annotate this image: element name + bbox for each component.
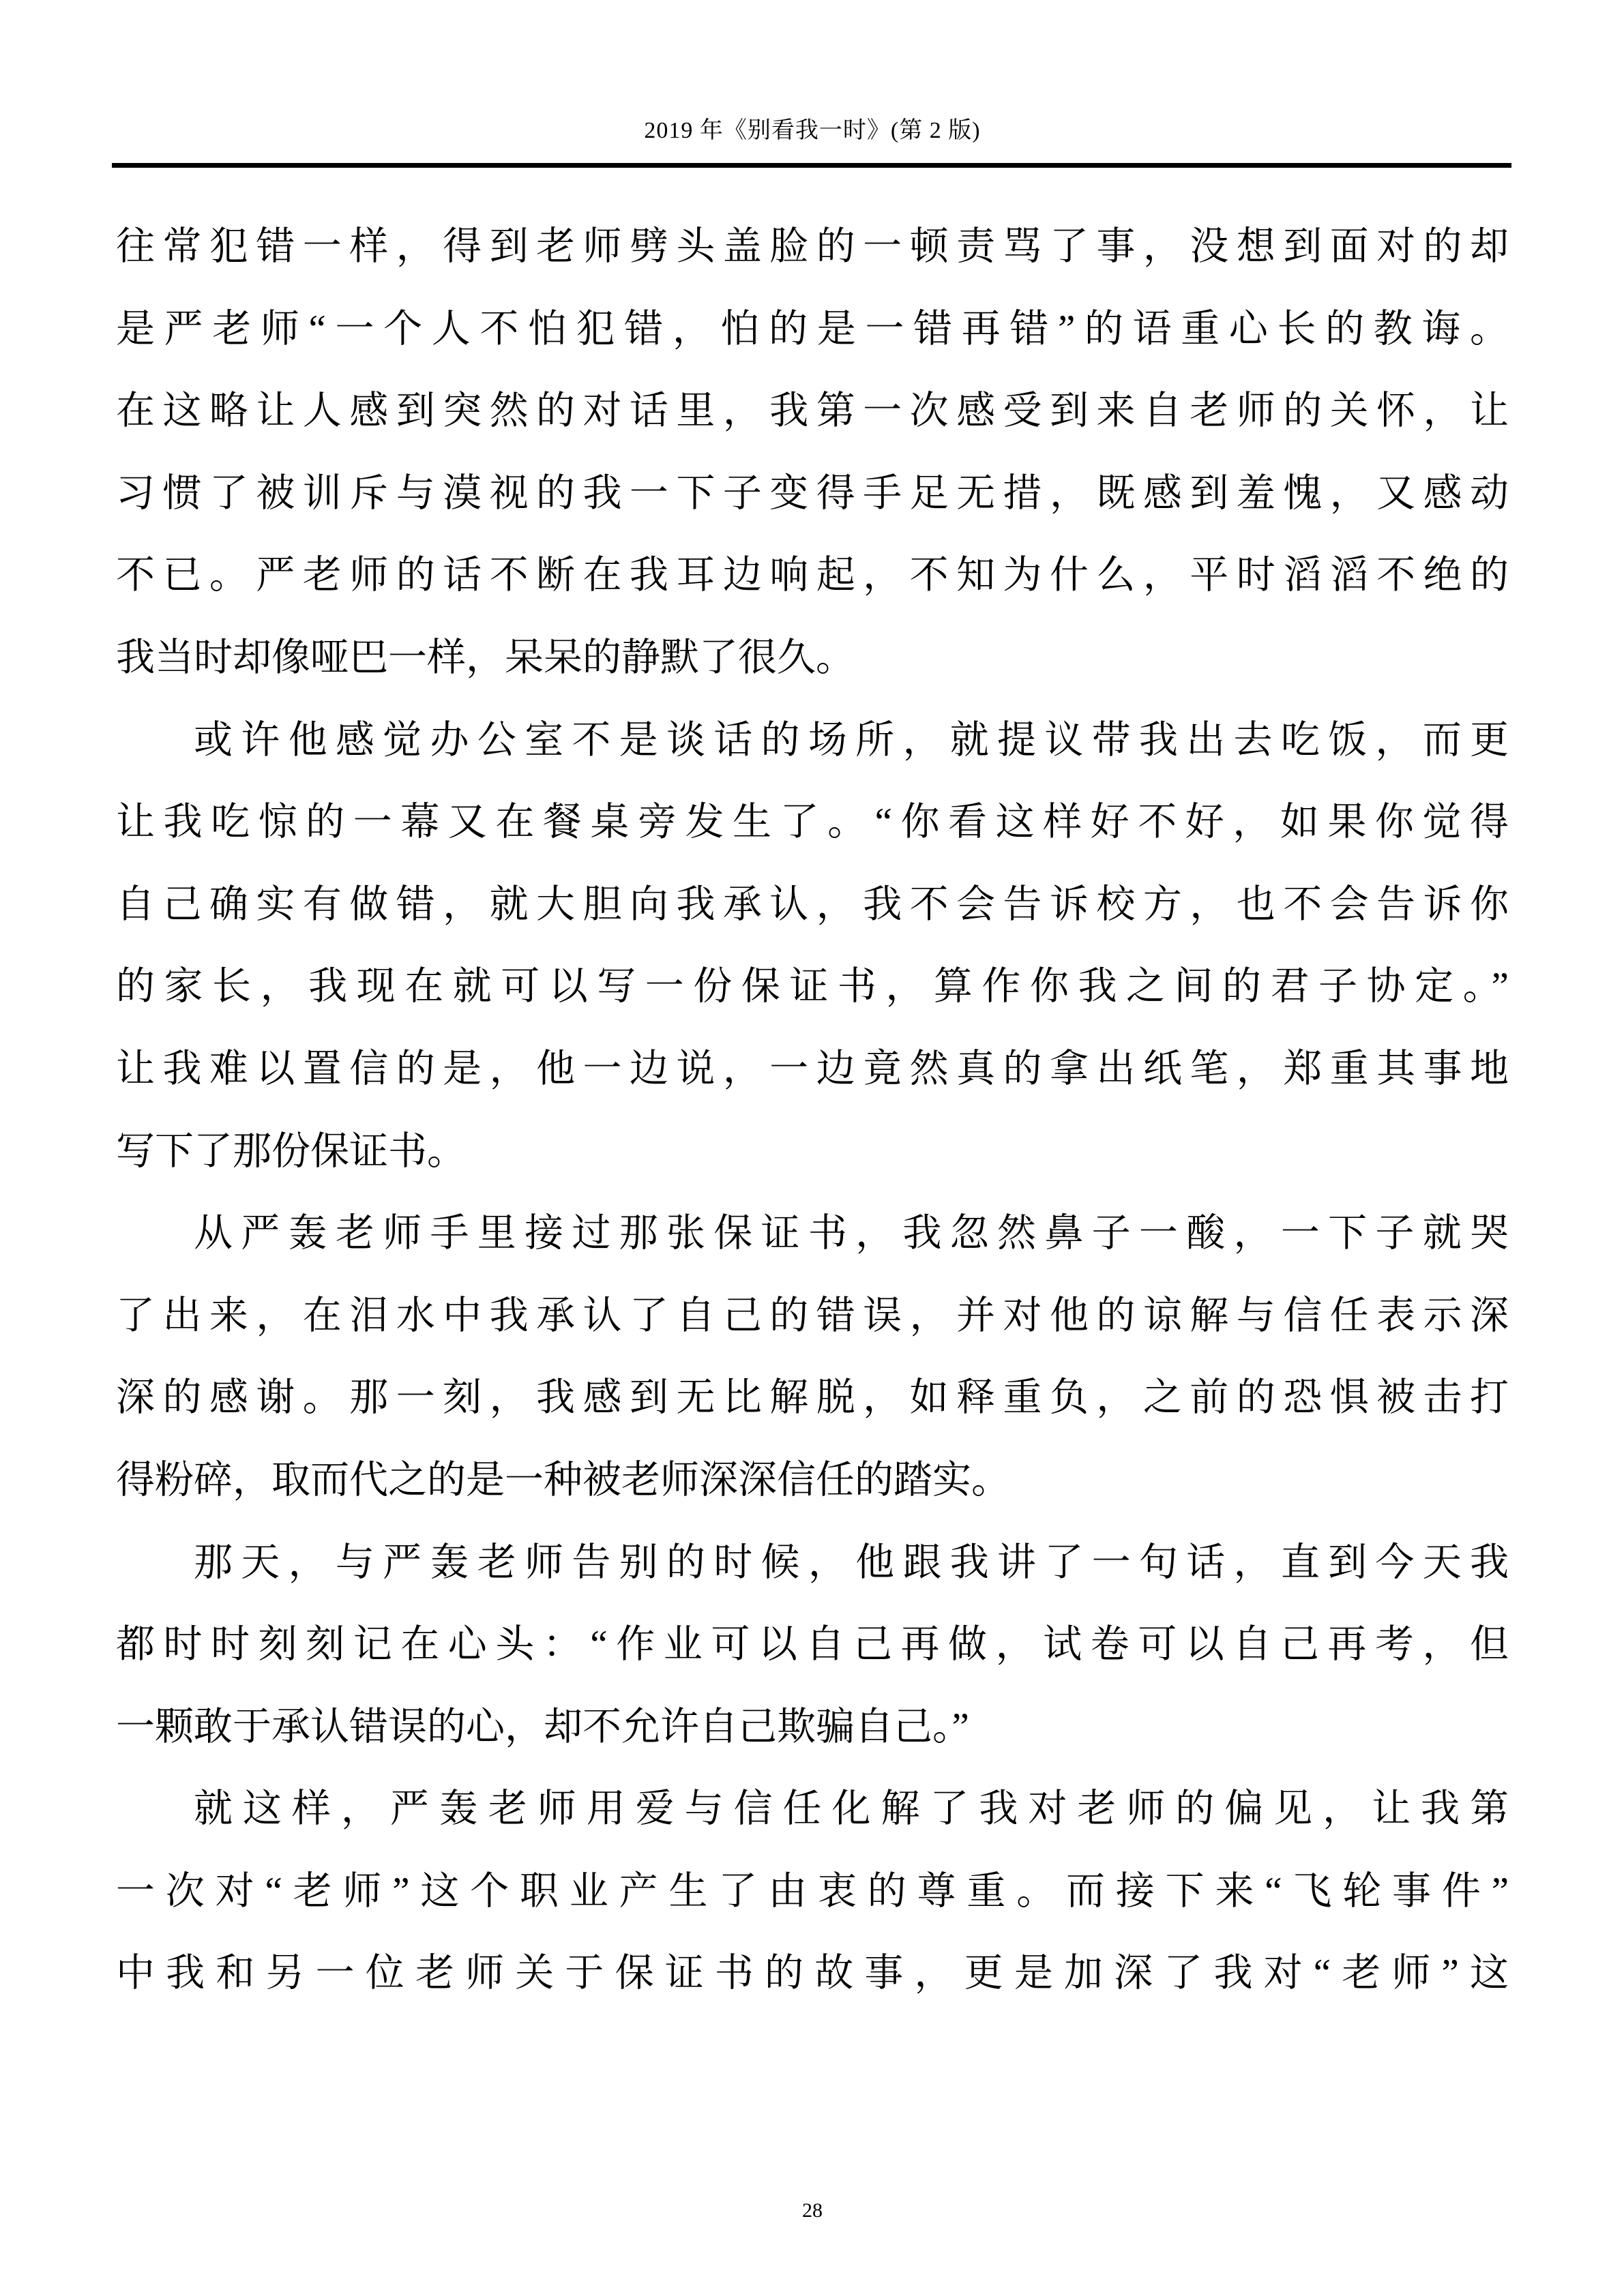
page-header-title: 2019 年《别看我一时》(第 2 版) bbox=[116, 116, 1509, 146]
text-line: 自己确实有做错，就大胆向我承认，我不会告诉校方，也不会告诉你 bbox=[116, 864, 1509, 946]
page-number: 28 bbox=[116, 2197, 1509, 2224]
text-line: 往常犯错一样，得到老师劈头盖脸的一顿责骂了事，没想到面对的却 bbox=[116, 206, 1509, 288]
text-line: 一次对“老师”这个职业产生了由衷的尊重。而接下来“飞轮事件” bbox=[116, 1851, 1509, 1933]
text-line: 就这样，严轰老师用爱与信任化解了我对老师的偏见，让我第 bbox=[116, 1768, 1509, 1851]
text-line: 了出来，在泪水中我承认了自己的错误，并对他的谅解与信任表示深 bbox=[116, 1275, 1509, 1358]
text-line: 在这略让人感到突然的对话里，我第一次感受到来自老师的关怀，让 bbox=[116, 370, 1509, 453]
text-line: 都时时刻刻记在心头：“作业可以自己再做，试卷可以自己再考，但 bbox=[116, 1604, 1509, 1686]
text-line: 一颗敢于承认错误的心，却不允许自己欺骗自己。” bbox=[116, 1686, 1509, 1769]
text-line: 是严老师“一个人不怕犯错，怕的是一错再错”的语重心长的教诲。 bbox=[116, 288, 1509, 371]
text-line: 中我和另一位老师关于保证书的故事，更是加深了我对“老师”这 bbox=[116, 1933, 1509, 2015]
header-divider-rule bbox=[112, 163, 1511, 168]
text-line: 的家长，我现在就可以写一份保证书，算作你我之间的君子协定。” bbox=[116, 946, 1509, 1028]
text-line: 从严轰老师手里接过那张保证书，我忽然鼻子一酸，一下子就哭 bbox=[116, 1193, 1509, 1275]
text-line: 我当时却像哑巴一样，呆呆的静默了很久。 bbox=[116, 617, 1509, 700]
text-line: 深的感谢。那一刻，我感到无比解脱，如释重负，之前的恐惧被击打 bbox=[116, 1357, 1509, 1440]
text-line: 让我难以置信的是，他一边说，一边竟然真的拿出纸笔，郑重其事地 bbox=[116, 1028, 1509, 1111]
text-line: 不已。严老师的话不断在我耳边响起，不知为什么，平时滔滔不绝的 bbox=[116, 535, 1509, 617]
text-line: 得粉碎，取而代之的是一种被老师深深信任的踏实。 bbox=[116, 1440, 1509, 1522]
text-line: 习惯了被训斥与漠视的我一下子变得手足无措，既感到羞愧，又感动 bbox=[116, 453, 1509, 535]
text-line: 写下了那份保证书。 bbox=[116, 1111, 1509, 1193]
text-line: 或许他感觉办公室不是谈话的场所，就提议带我出去吃饭，而更 bbox=[116, 700, 1509, 782]
text-line: 那天，与严轰老师告别的时候，他跟我讲了一句话，直到今天我 bbox=[116, 1522, 1509, 1605]
text-line: 让我吃惊的一幕又在餐桌旁发生了。“你看这样好不好，如果你觉得 bbox=[116, 781, 1509, 864]
body-text: 往常犯错一样，得到老师劈头盖脸的一顿责骂了事，没想到面对的却是严老师“一个人不怕… bbox=[116, 206, 1509, 2015]
